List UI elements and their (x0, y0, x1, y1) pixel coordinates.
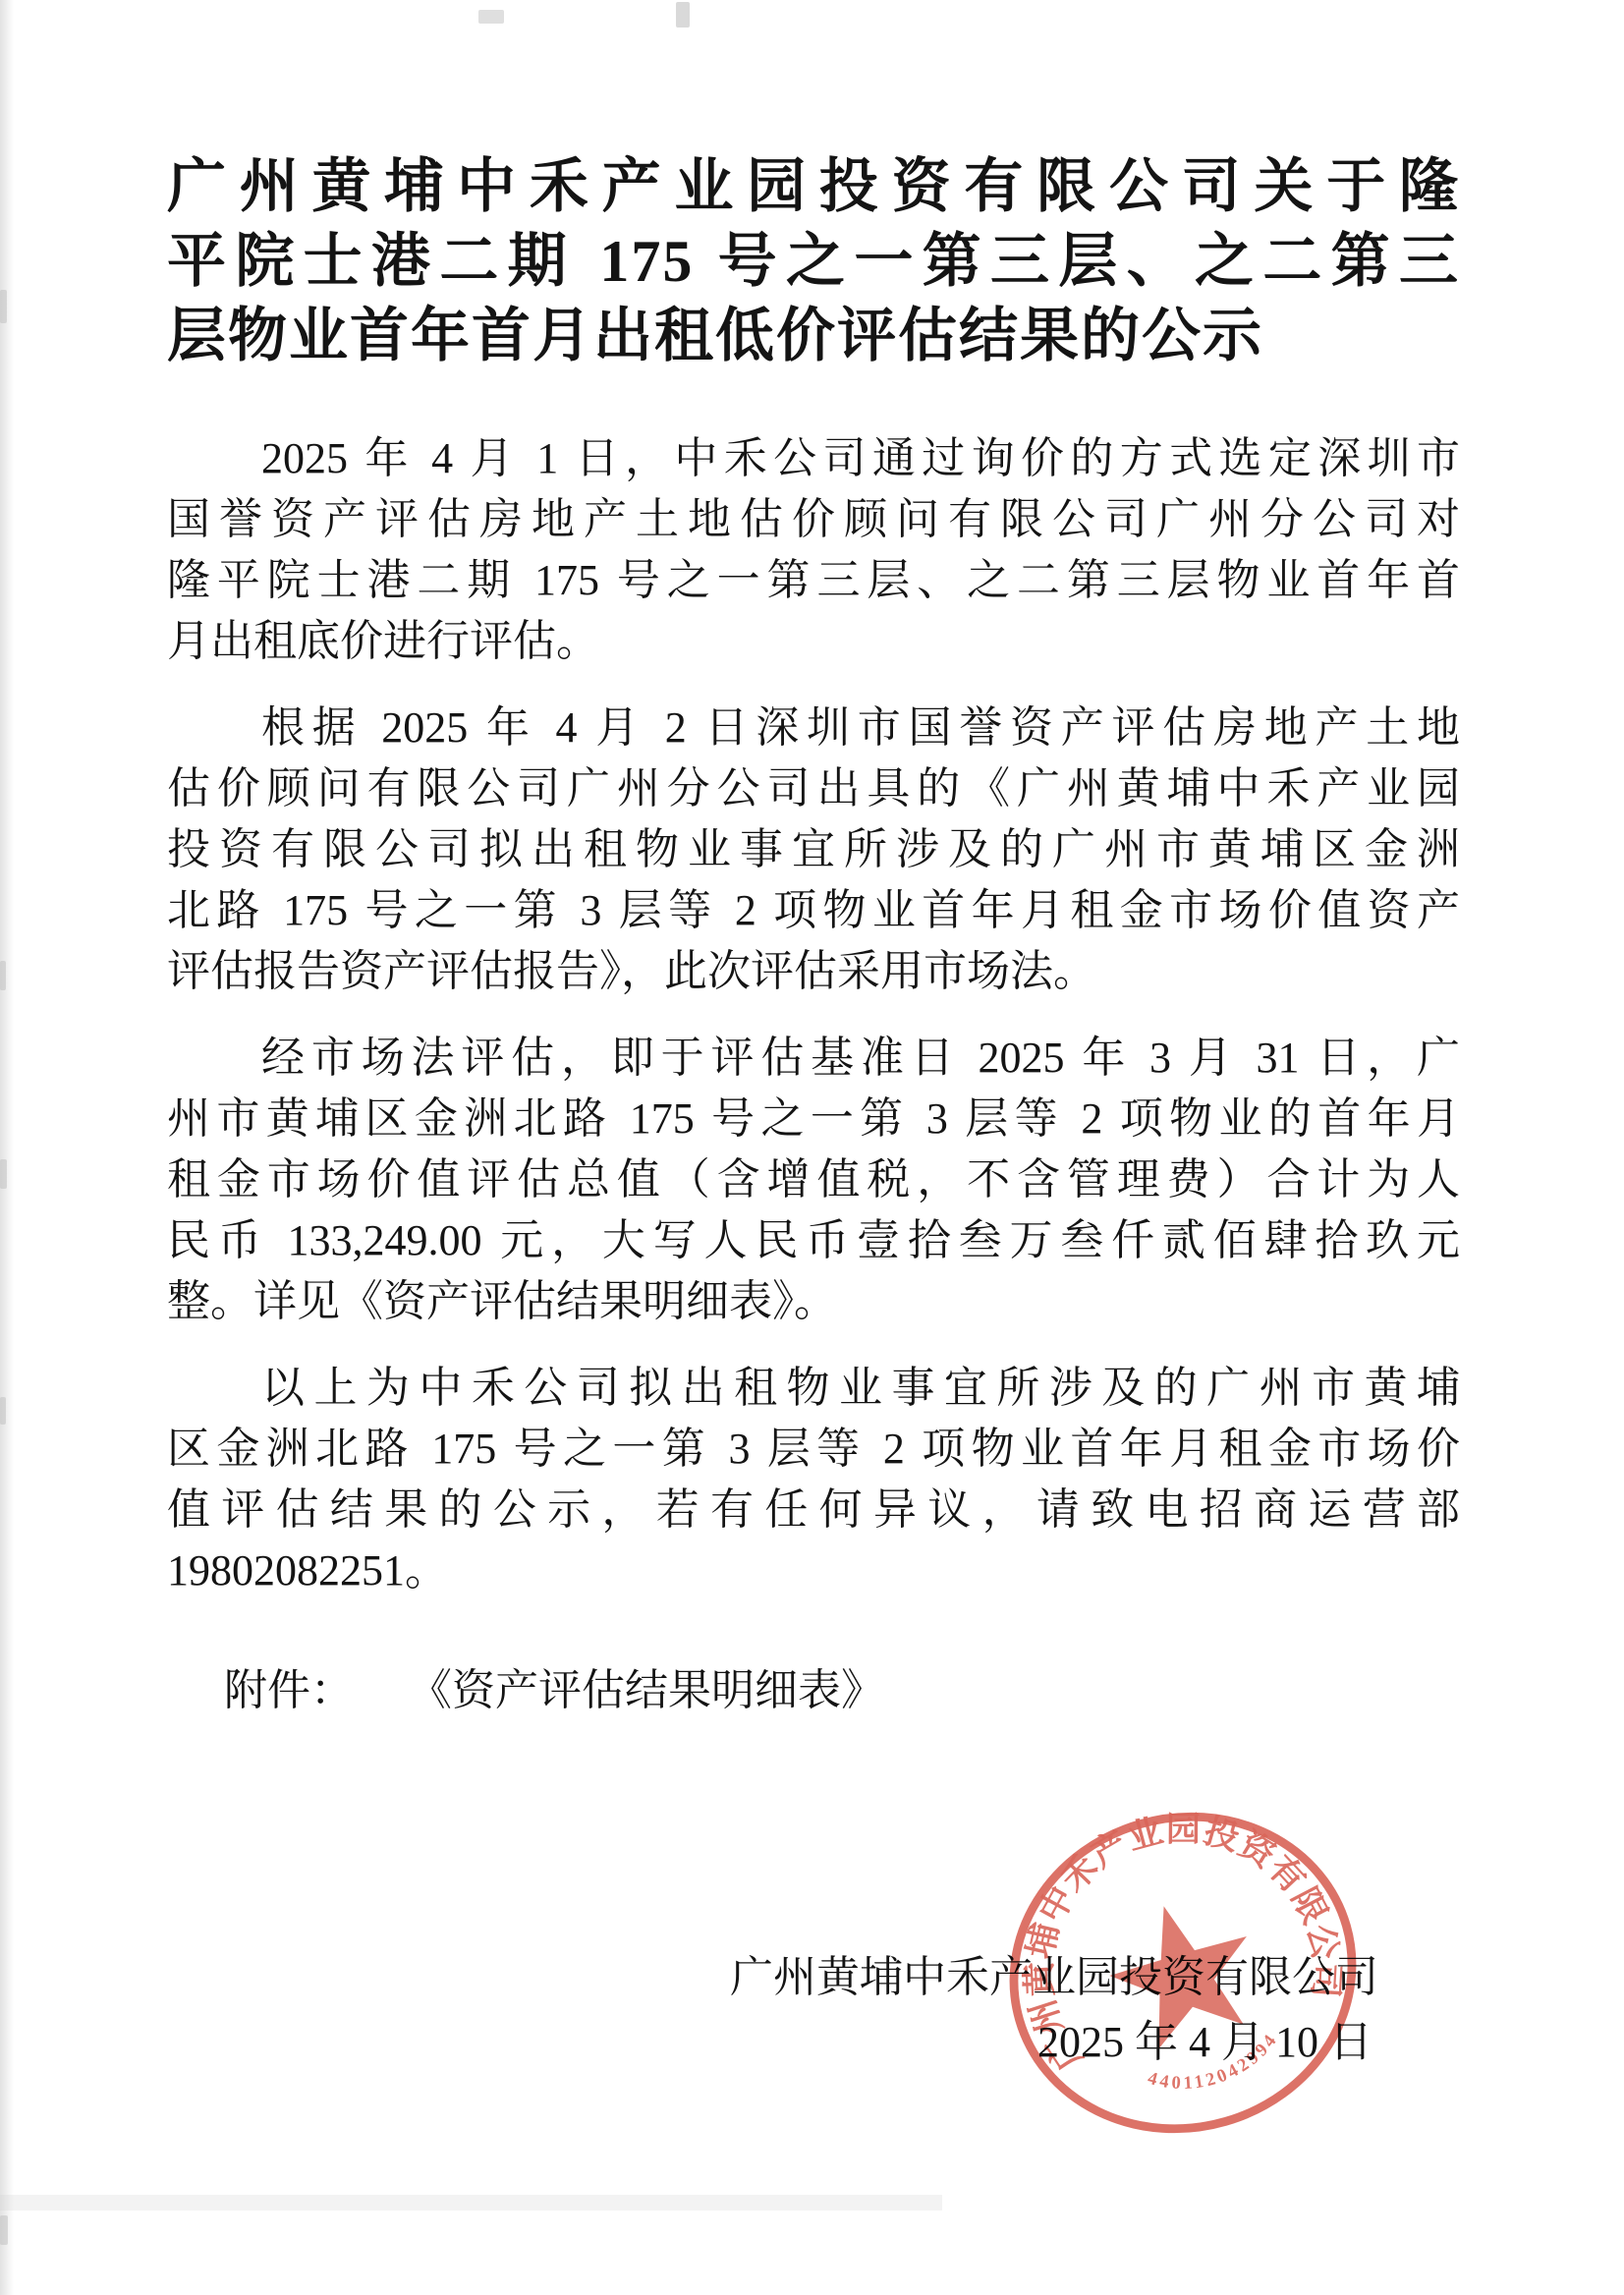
document-page: 广州黄埔中禾产业园投资有限公司关于隆 平院士港二期 175 号之一第三层、之二第… (0, 0, 1624, 2295)
document-body: 2025 年 4 月 1 日，中禾公司通过询价的方式选定深圳市 国誉资产评估房地… (167, 428, 1460, 1601)
paragraph-line: 估价顾问有限公司广州分公司出具的《广州黄埔中禾产业园 (167, 758, 1460, 819)
paragraph-line: 2025 年 4 月 1 日，中禾公司通过询价的方式选定深圳市 (167, 428, 1460, 489)
document-title: 广州黄埔中禾产业园投资有限公司关于隆 平院士港二期 175 号之一第三层、之二第… (167, 149, 1460, 373)
paragraph-line: 经市场法评估，即于评估基准日 2025 年 3 月 31 日，广 (167, 1028, 1460, 1089)
paragraph: 2025 年 4 月 1 日，中禾公司通过询价的方式选定深圳市 国誉资产评估房地… (167, 428, 1460, 672)
paragraph-line: 民币 133,249.00 元，大写人民币壹拾叁万叁仟贰佰肆拾玖元 (167, 1210, 1460, 1271)
paragraph-line: 租金市场价值评估总值（含增值税，不含管理费）合计为人 (167, 1149, 1460, 1210)
paragraph-line: 投资有限公司拟出租物业事宜所涉及的广州市黄埔区金洲 (167, 819, 1460, 880)
scan-artifact-band (0, 2195, 942, 2211)
scan-artifact (0, 2215, 8, 2245)
paragraph-line: 整。详见《资产评估结果明细表》。 (167, 1271, 1460, 1332)
title-line: 广州黄埔中禾产业园投资有限公司关于隆 (167, 149, 1460, 224)
paragraph: 根据 2025 年 4 月 2 日深圳市国誉资产评估房地产土地 估价顾问有限公司… (167, 698, 1460, 1002)
scan-artifact (0, 290, 7, 323)
scan-artifact (0, 1159, 7, 1189)
attachment-title: 《资产评估结果明细表》 (409, 1666, 884, 1714)
paragraph-line: 月出租底价进行评估。 (167, 611, 1460, 672)
title-line: 平院士港二期 175 号之一第三层、之二第三 (167, 224, 1460, 299)
paragraph-line: 北路 175 号之一第 3 层等 2 项物业首年月租金市场价值资产 (167, 880, 1460, 941)
paragraph: 经市场法评估，即于评估基准日 2025 年 3 月 31 日，广 州市黄埔区金洲… (167, 1028, 1460, 1332)
paragraph-line: 19802082251。 (167, 1540, 1460, 1601)
paragraph-line: 以上为中禾公司拟出租物业事宜所涉及的广州市黄埔 (167, 1358, 1460, 1419)
scan-edge-shadow (0, 0, 14, 2295)
paragraph-line: 州市黄埔区金洲北路 175 号之一第 3 层等 2 项物业的首年月 (167, 1089, 1460, 1149)
paragraph-line: 国誉资产评估房地产土地估价顾问有限公司广州分公司对 (167, 489, 1460, 550)
scan-artifact (0, 961, 6, 990)
company-seal: 广州黄埔中禾产业园投资有限公司 440112042994 (990, 1796, 1375, 2150)
scan-artifact (0, 1397, 6, 1425)
attachment-label: 附件： (224, 1666, 354, 1714)
paragraph-line: 区金洲北路 175 号之一第 3 层等 2 项物业首年月租金市场价 (167, 1419, 1460, 1480)
scan-artifact (478, 10, 504, 24)
paragraph-line: 评估报告资产评估报告》，此次评估采用市场法。 (167, 941, 1460, 1002)
seal-star (1095, 1886, 1270, 2056)
paragraph: 以上为中禾公司拟出租物业事宜所涉及的广州市黄埔 区金洲北路 175 号之一第 3… (167, 1358, 1460, 1601)
paragraph-line: 根据 2025 年 4 月 2 日深圳市国誉资产评估房地产土地 (167, 698, 1460, 758)
paragraph-line: 隆平院士港二期 175 号之一第三层、之二第三层物业首年首 (167, 550, 1460, 611)
document-content: 广州黄埔中禾产业园投资有限公司关于隆 平院士港二期 175 号之一第三层、之二第… (167, 149, 1460, 1721)
title-line: 层物业首年首月出租低价评估结果的公示 (167, 299, 1460, 373)
scan-artifact (676, 2, 690, 28)
paragraph-line: 值评估结果的公示，若有任何异议，请致电招商运营部 (167, 1480, 1460, 1540)
attachment-line: 附件：《资产评估结果明细表》 (167, 1660, 1460, 1721)
